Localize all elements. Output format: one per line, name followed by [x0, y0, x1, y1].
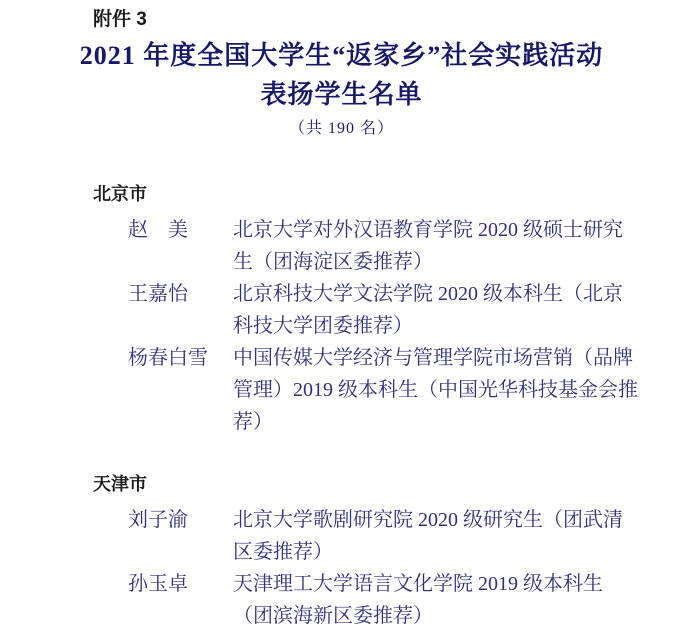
- student-description: 北京科技大学文法学院 2020 级本科生（北京 科技大学团委推荐）: [233, 278, 623, 342]
- description-line: 北京大学歌剧研究院 2020 级研究生（团武清: [233, 504, 623, 536]
- description-line: 中国传媒大学经济与管理学院市场营销（品牌: [233, 342, 638, 374]
- student-name: 孙玉卓: [128, 568, 233, 600]
- document-title: 2021 年度全国大学生“返家乡”社会实践活动 表扬学生名单: [0, 36, 683, 114]
- student-description: 天津理工大学语言文化学院 2019 级本科生 （团滨海新区委推荐）: [233, 568, 611, 632]
- student-name: 王嘉怡: [128, 278, 233, 310]
- description-line: 北京大学对外汉语教育学院 2020 级硕士研究: [233, 214, 623, 246]
- description-line: 管理）2019 级本科生（中国光华科技基金会推: [233, 374, 638, 406]
- document-page: 附件 3 2021 年度全国大学生“返家乡”社会实践活动 表扬学生名单 （共 1…: [0, 0, 683, 634]
- student-entry: 赵 美 北京大学对外汉语教育学院 2020 级硕士研究 生（团海淀区委推荐）: [128, 214, 683, 278]
- student-entry: 王嘉怡 北京科技大学文法学院 2020 级本科生（北京 科技大学团委推荐）: [128, 278, 683, 342]
- description-line: 生（团海淀区委推荐）: [233, 246, 623, 278]
- attachment-label: 附件 3: [93, 8, 683, 32]
- count-note: （共 190 名）: [0, 118, 683, 140]
- document-title-line-2: 表扬学生名单: [0, 75, 683, 114]
- description-line: 科技大学团委推荐）: [233, 310, 623, 342]
- description-line: 天津理工大学语言文化学院 2019 级本科生: [233, 568, 611, 600]
- description-line: （团滨海新区委推荐）: [233, 600, 611, 632]
- student-description: 中国传媒大学经济与管理学院市场营销（品牌 管理）2019 级本科生（中国光华科技…: [233, 342, 638, 438]
- student-entry: 刘子渝 北京大学歌剧研究院 2020 级研究生（团武清 区委推荐）: [128, 504, 683, 568]
- region-header: 北京市: [93, 182, 683, 206]
- entry-list: 刘子渝 北京大学歌剧研究院 2020 级研究生（团武清 区委推荐） 孙玉卓 天津…: [0, 504, 683, 632]
- description-line: 北京科技大学文法学院 2020 级本科生（北京: [233, 278, 623, 310]
- region-header: 天津市: [93, 472, 683, 496]
- document-title-line-1: 2021 年度全国大学生“返家乡”社会实践活动: [0, 36, 683, 75]
- student-name: 杨春白雪: [128, 342, 233, 374]
- student-description: 北京大学对外汉语教育学院 2020 级硕士研究 生（团海淀区委推荐）: [233, 214, 623, 278]
- region-section-beijing: 北京市 赵 美 北京大学对外汉语教育学院 2020 级硕士研究 生（团海淀区委推…: [0, 182, 683, 438]
- entry-list: 赵 美 北京大学对外汉语教育学院 2020 级硕士研究 生（团海淀区委推荐） 王…: [0, 214, 683, 438]
- student-entry: 孙玉卓 天津理工大学语言文化学院 2019 级本科生 （团滨海新区委推荐）: [128, 568, 683, 632]
- student-description: 北京大学歌剧研究院 2020 级研究生（团武清 区委推荐）: [233, 504, 623, 568]
- student-entry: 杨春白雪 中国传媒大学经济与管理学院市场营销（品牌 管理）2019 级本科生（中…: [128, 342, 683, 438]
- region-section-tianjin: 天津市 刘子渝 北京大学歌剧研究院 2020 级研究生（团武清 区委推荐） 孙玉…: [0, 472, 683, 632]
- student-name: 刘子渝: [128, 504, 233, 536]
- description-line: 区委推荐）: [233, 536, 623, 568]
- description-line: 荐）: [233, 406, 638, 438]
- student-name: 赵 美: [128, 214, 233, 246]
